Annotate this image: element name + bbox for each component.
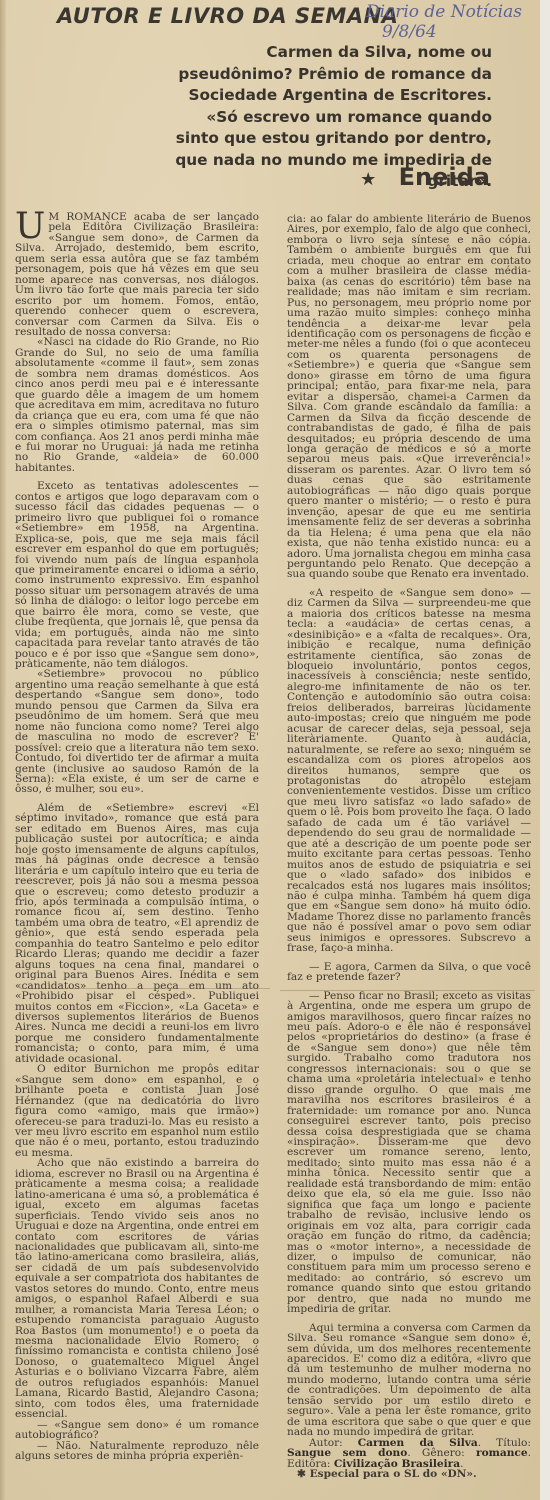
section-title: AUTOR E LIVRO DA SEMANA xyxy=(57,4,398,28)
asterisk-icon: ✱ xyxy=(297,1468,306,1480)
answer: — Não. Naturalmente reproduzo nêle algun… xyxy=(15,1441,259,1462)
paragraph: UM ROMANCE acaba de ser lançado pela Edi… xyxy=(15,212,259,337)
star-icon: ★ xyxy=(360,169,376,190)
paragraph: Acho que não existindo a barreira do idi… xyxy=(15,1158,259,1419)
drop-cap: U xyxy=(15,212,45,242)
footnote: ✱ Especial para o SL do «DN». xyxy=(287,1469,531,1479)
question: — E agora, Carmen da Silva, o que você f… xyxy=(287,962,531,983)
article-column-left: UM ROMANCE acaba de ser lançado pela Edi… xyxy=(15,212,259,1461)
book-genre: romance xyxy=(476,1447,528,1459)
article-column-right: cia: ao falar do ambiente literário de B… xyxy=(287,214,531,1479)
answer: — Penso ficar no Brasil; exceto as visit… xyxy=(287,991,531,1315)
paragraph: cia: ao falar do ambiente literário de B… xyxy=(287,214,531,580)
paragraph: Aqui termina a conversa com Carmen da Si… xyxy=(287,1323,531,1438)
handwritten-source-note: Diario de Notícias xyxy=(366,2,522,22)
paragraph: «A respeito de «Sangue sem dono» — diz C… xyxy=(287,588,531,954)
paper-fold-line xyxy=(20,988,270,989)
paragraph: «Nasci na cidade do Rio Grande, no Rio G… xyxy=(15,337,259,473)
scan-background xyxy=(540,0,550,1500)
paragraph: «Setiembre» provocou no público argentin… xyxy=(15,669,259,794)
book-info: Autor: Carmen da Silva. Título: Sangue s… xyxy=(287,1438,531,1469)
paragraph: Exceto as tentativas adolescentes — cont… xyxy=(15,481,259,669)
handwritten-date-note: 9/8/64 xyxy=(382,22,437,42)
question: — «Sangue sem dono» é um romance autobio… xyxy=(15,1420,259,1441)
clipping-left-edge xyxy=(0,0,6,1500)
paper-fold-line xyxy=(280,990,535,991)
paragraph: O editor Burnichon me propôs editar «San… xyxy=(15,1064,259,1158)
byline-author: Eneida xyxy=(399,163,490,191)
byline: ★ Eneida xyxy=(360,163,490,191)
paragraph: Além de «Setiembre» escrevi «El séptimo … xyxy=(15,803,259,1064)
